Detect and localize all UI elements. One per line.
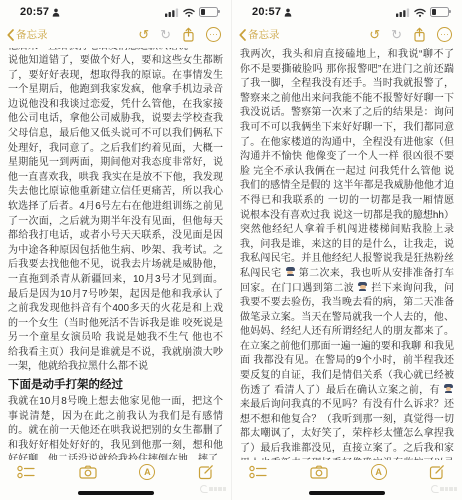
status-time: 20:57 — [252, 6, 281, 18]
back-button[interactable]: 备忘录 — [7, 27, 48, 42]
status-time: 20:57 — [20, 6, 49, 18]
person-icon — [52, 8, 60, 17]
police-officer-icon — [444, 384, 453, 394]
note-toolbar: A — [0, 458, 231, 486]
home-indicator[interactable] — [78, 491, 154, 495]
text-style-icon[interactable]: A — [139, 464, 155, 480]
undo-icon[interactable]: ↺ — [369, 28, 380, 41]
more-options-icon[interactable] — [206, 27, 221, 42]
person-icon — [284, 8, 292, 17]
note-paragraph: 说他知道错了，要做个好人，要和这些女生都断了，要好好表现，想取得我的原谅。在事情… — [8, 54, 223, 375]
note-heading: 下面是动手打架的经过 — [8, 377, 223, 394]
screenshot-left: 20:57 备忘录 ↺ ↻ — [0, 0, 231, 500]
home-indicator[interactable] — [309, 491, 385, 495]
redo-icon: ↻ — [160, 28, 171, 41]
compose-icon[interactable] — [198, 464, 214, 480]
nav-bar: 备忘录 ↺ ↻ — [232, 22, 462, 47]
undo-icon[interactable]: ↺ — [138, 28, 149, 41]
compose-icon[interactable] — [429, 464, 445, 480]
status-bar: 20:57 — [0, 0, 231, 22]
nav-bar: 备忘录 ↺ ↻ — [0, 22, 231, 47]
battery-icon — [430, 7, 449, 18]
note-body[interactable]: 他后来一直给我打电话发消息道歉认错说 说他知道错了，要做个好人，要和这些女生都断… — [0, 48, 231, 460]
camera-icon[interactable] — [79, 465, 97, 479]
police-officer-icon — [358, 282, 367, 292]
note-toolbar: A — [232, 458, 462, 486]
back-button[interactable]: 备忘录 — [239, 27, 280, 42]
wifi-icon — [183, 8, 195, 17]
checklist-icon[interactable] — [249, 465, 268, 479]
note-body[interactable]: 我两次，我头和肩直接磕地上，和我说“聊不了 你不是要撕破脸吗 那你报警吧”在进门… — [232, 48, 462, 460]
camera-icon[interactable] — [310, 465, 328, 479]
back-label: 备忘录 — [16, 27, 48, 42]
screenshot-right: 20:57 备忘录 ↺ ↻ — [231, 0, 462, 500]
cellular-signal-icon — [396, 8, 410, 17]
battery-icon — [199, 7, 218, 18]
note-text-right: 我两次，我头和肩直接磕地上，和我说“聊不了 你不是要撕破脸吗 那你报警吧”在进门… — [240, 48, 454, 460]
more-options-icon[interactable] — [437, 27, 452, 42]
police-officer-icon — [286, 267, 295, 277]
cellular-signal-icon — [165, 8, 179, 17]
chevron-left-icon — [239, 29, 246, 41]
chevron-left-icon — [7, 29, 14, 41]
status-bar: 20:57 — [232, 0, 462, 22]
share-icon[interactable] — [182, 27, 195, 42]
clipped-line-top: 他后来一直给我打电话发消息道歉认错说 — [8, 48, 223, 54]
watermark — [431, 485, 457, 493]
back-label: 备忘录 — [248, 27, 280, 42]
watermark — [200, 485, 226, 493]
text-style-icon[interactable]: A — [371, 464, 387, 480]
wifi-icon — [414, 8, 426, 17]
redo-icon: ↻ — [391, 28, 402, 41]
share-icon[interactable] — [413, 27, 426, 42]
checklist-icon[interactable] — [17, 465, 36, 479]
note-paragraph: 我就在10月8号晚上想去他家见他一面，把这个事说清楚，因为在此之前我认为我们是有… — [8, 395, 223, 460]
